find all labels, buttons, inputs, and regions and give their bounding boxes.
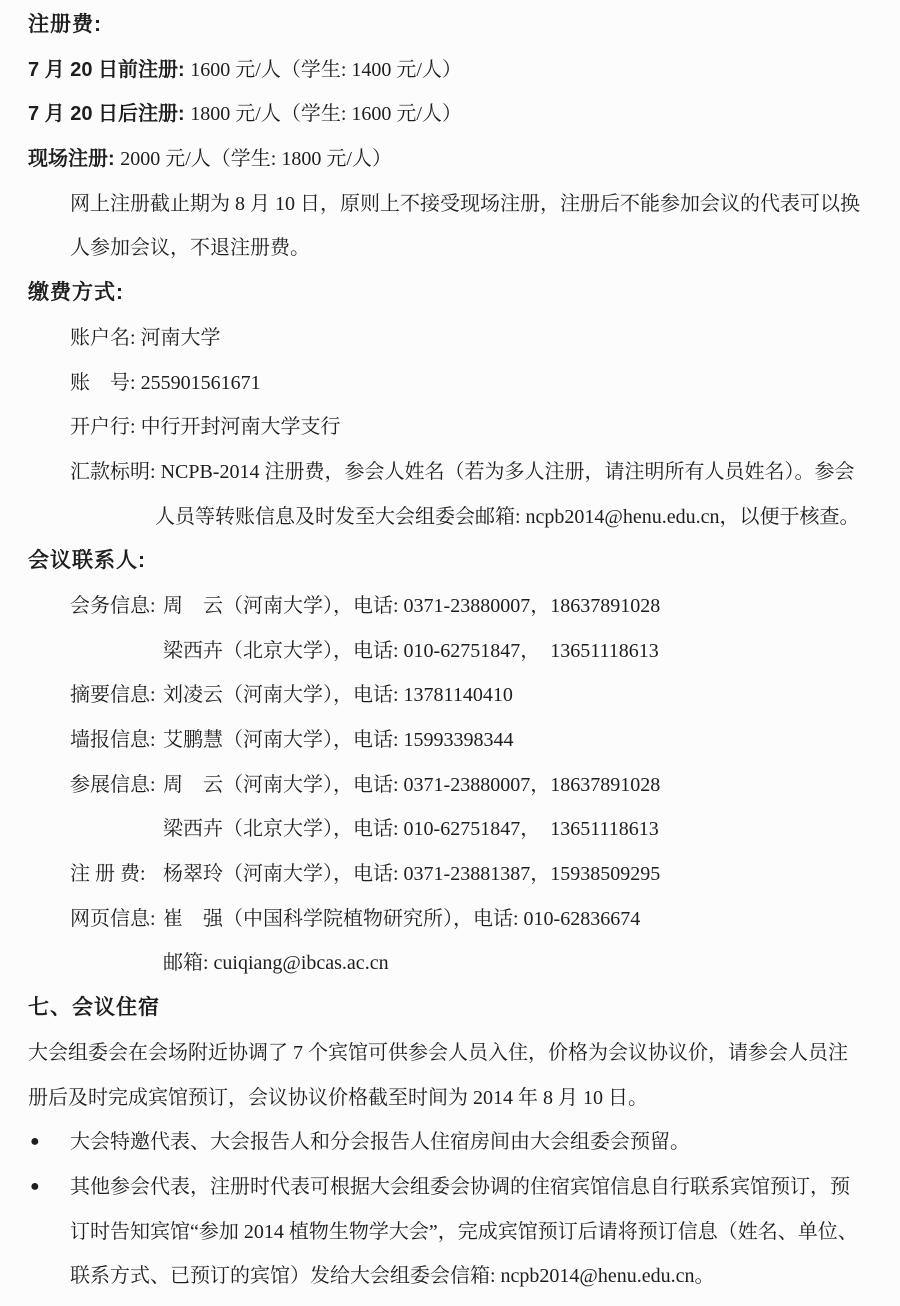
contact-text: 刘凌云（河南大学），电话: 13781140410	[163, 673, 513, 718]
fee-label: 7 月 20 日后注册:	[28, 103, 190, 125]
accommodation-para-line: 册后及时完成宾馆预订，会议协议价格截至时间为 2014 年 8 月 10 日。	[0, 1076, 900, 1121]
contact-label	[70, 807, 163, 852]
payment-label: 账户名:	[70, 327, 141, 349]
contacts-heading: 会议联系人:	[0, 539, 900, 584]
fee-item-onsite: 现场注册: 2000 元/人（学生: 1800 元/人）	[0, 137, 900, 182]
contact-label: 参展信息:	[70, 763, 163, 808]
contact-row-webpage: 网页信息: 崔 强（中国科学院植物研究所），电话: 010-62836674	[0, 897, 900, 942]
contact-label: 注 册 费:	[70, 852, 163, 897]
accommodation-bullet-reserved: ●大会特邀代表、大会报告人和分会报告人住宿房间由大会组委会预留。	[0, 1120, 900, 1165]
bullet-icon: ●	[30, 1120, 40, 1165]
contact-label: 摘要信息:	[70, 673, 163, 718]
contact-label	[70, 941, 163, 986]
fee-label: 现场注册:	[28, 148, 120, 170]
contact-row-posters: 墙报信息: 艾鹏慧（河南大学），电话: 15993398344	[0, 718, 900, 763]
fee-value: 1800 元/人（学生: 1600 元/人）	[190, 103, 462, 125]
fee-value: 1600 元/人（学生: 1400 元/人）	[190, 59, 462, 81]
bullet-text: 其他参会代表，注册时代表可根据大会组委会协调的住宿宾馆信息自行联系宾馆预订，预	[70, 1176, 850, 1198]
contact-row-abstracts: 摘要信息: 刘凌云（河南大学），电话: 13781140410	[0, 673, 900, 718]
contact-text: 梁西卉（北京大学），电话: 010-62751847， 13651118613	[163, 807, 659, 852]
payment-remittance-continuation: 人员等转账信息及时发至大会组委会邮箱: ncpb2014@henu.edu.cn…	[0, 495, 900, 540]
contact-text: 艾鹏慧（河南大学），电话: 15993398344	[163, 718, 514, 763]
contact-row-webpage-email: 邮箱: cuiqiang@ibcas.ac.cn	[0, 941, 900, 986]
fees-note-line: 网上注册截止期为 8 月 10 日，原则上不接受现场注册，注册后不能参加会议的代…	[0, 182, 900, 227]
payment-label: 账 号:	[70, 372, 141, 394]
contact-text: 周 云（河南大学），电话: 0371-23880007，18637891028	[163, 584, 660, 629]
contact-text: 周 云（河南大学），电话: 0371-23880007，18637891028	[163, 763, 660, 808]
contact-label: 网页信息:	[70, 897, 163, 942]
bullet-icon: ●	[30, 1165, 40, 1210]
accommodation-para-line: 大会组委会在会场附近协调了 7 个宾馆可供参会人员入住，价格为会议协议价，请参会…	[0, 1031, 900, 1076]
contact-row-conference-affairs-2: 梁西卉（北京大学），电话: 010-62751847， 13651118613	[0, 629, 900, 674]
accommodation-bullet-continuation: 联系方式、已预订的宾馆）发给大会组委会信箱: ncpb2014@henu.edu…	[0, 1254, 900, 1299]
document-page: 注册费: 7 月 20 日前注册: 1600 元/人（学生: 1400 元/人）…	[0, 0, 900, 1306]
payment-row-bank: 开户行: 中行开封河南大学支行	[0, 405, 900, 450]
fees-note-line: 人参加会议，不退注册费。	[0, 226, 900, 271]
accommodation-bullet-continuation: 订时告知宾馆“参加 2014 植物生物学大会”，完成宾馆预订后请将预订信息（姓名…	[0, 1210, 900, 1255]
contact-row-exhibition-2: 梁西卉（北京大学），电话: 010-62751847， 13651118613	[0, 807, 900, 852]
fee-item-after-deadline: 7 月 20 日后注册: 1800 元/人（学生: 1600 元/人）	[0, 92, 900, 137]
payment-row-account-number: 账 号: 255901561671	[0, 361, 900, 406]
payment-row-account-name: 账户名: 河南大学	[0, 316, 900, 361]
contact-row-conference-affairs: 会务信息: 周 云（河南大学），电话: 0371-23880007，186378…	[0, 584, 900, 629]
payment-value: 中行开封河南大学支行	[141, 416, 341, 438]
contact-label: 会务信息:	[70, 584, 163, 629]
payment-value: NCPB-2014 注册费，参会人姓名（若为多人注册，请注明所有人员姓名）。参会	[161, 461, 855, 483]
contact-text: 梁西卉（北京大学），电话: 010-62751847， 13651118613	[163, 629, 659, 674]
contact-row-registration-fee: 注 册 费: 杨翠玲（河南大学），电话: 0371-23881387，15938…	[0, 852, 900, 897]
contact-text: 邮箱: cuiqiang@ibcas.ac.cn	[163, 941, 389, 986]
payment-value: 255901561671	[141, 372, 261, 394]
fee-item-before-deadline: 7 月 20 日前注册: 1600 元/人（学生: 1400 元/人）	[0, 48, 900, 93]
payment-heading: 缴费方式:	[0, 271, 900, 316]
contact-row-exhibition: 参展信息: 周 云（河南大学），电话: 0371-23880007，186378…	[0, 763, 900, 808]
accommodation-bullet-other-attendees: ●其他参会代表，注册时代表可根据大会组委会协调的住宿宾馆信息自行联系宾馆预订，预	[0, 1165, 900, 1210]
payment-label: 开户行:	[70, 416, 141, 438]
contact-text: 崔 强（中国科学院植物研究所），电话: 010-62836674	[163, 897, 640, 942]
accommodation-heading: 七、会议住宿	[0, 986, 900, 1031]
payment-value: 河南大学	[141, 327, 221, 349]
bullet-text: 大会特邀代表、大会报告人和分会报告人住宿房间由大会组委会预留。	[70, 1131, 690, 1153]
fee-value: 2000 元/人（学生: 1800 元/人）	[120, 148, 392, 170]
contact-label	[70, 629, 163, 674]
contact-label: 墙报信息:	[70, 718, 163, 763]
contact-text: 杨翠玲（河南大学），电话: 0371-23881387，15938509295	[163, 852, 660, 897]
fee-label: 7 月 20 日前注册:	[28, 59, 190, 81]
fees-heading: 注册费:	[0, 3, 900, 48]
payment-label: 汇款标明:	[70, 461, 161, 483]
payment-row-remittance-note: 汇款标明: NCPB-2014 注册费，参会人姓名（若为多人注册，请注明所有人员…	[0, 450, 900, 495]
